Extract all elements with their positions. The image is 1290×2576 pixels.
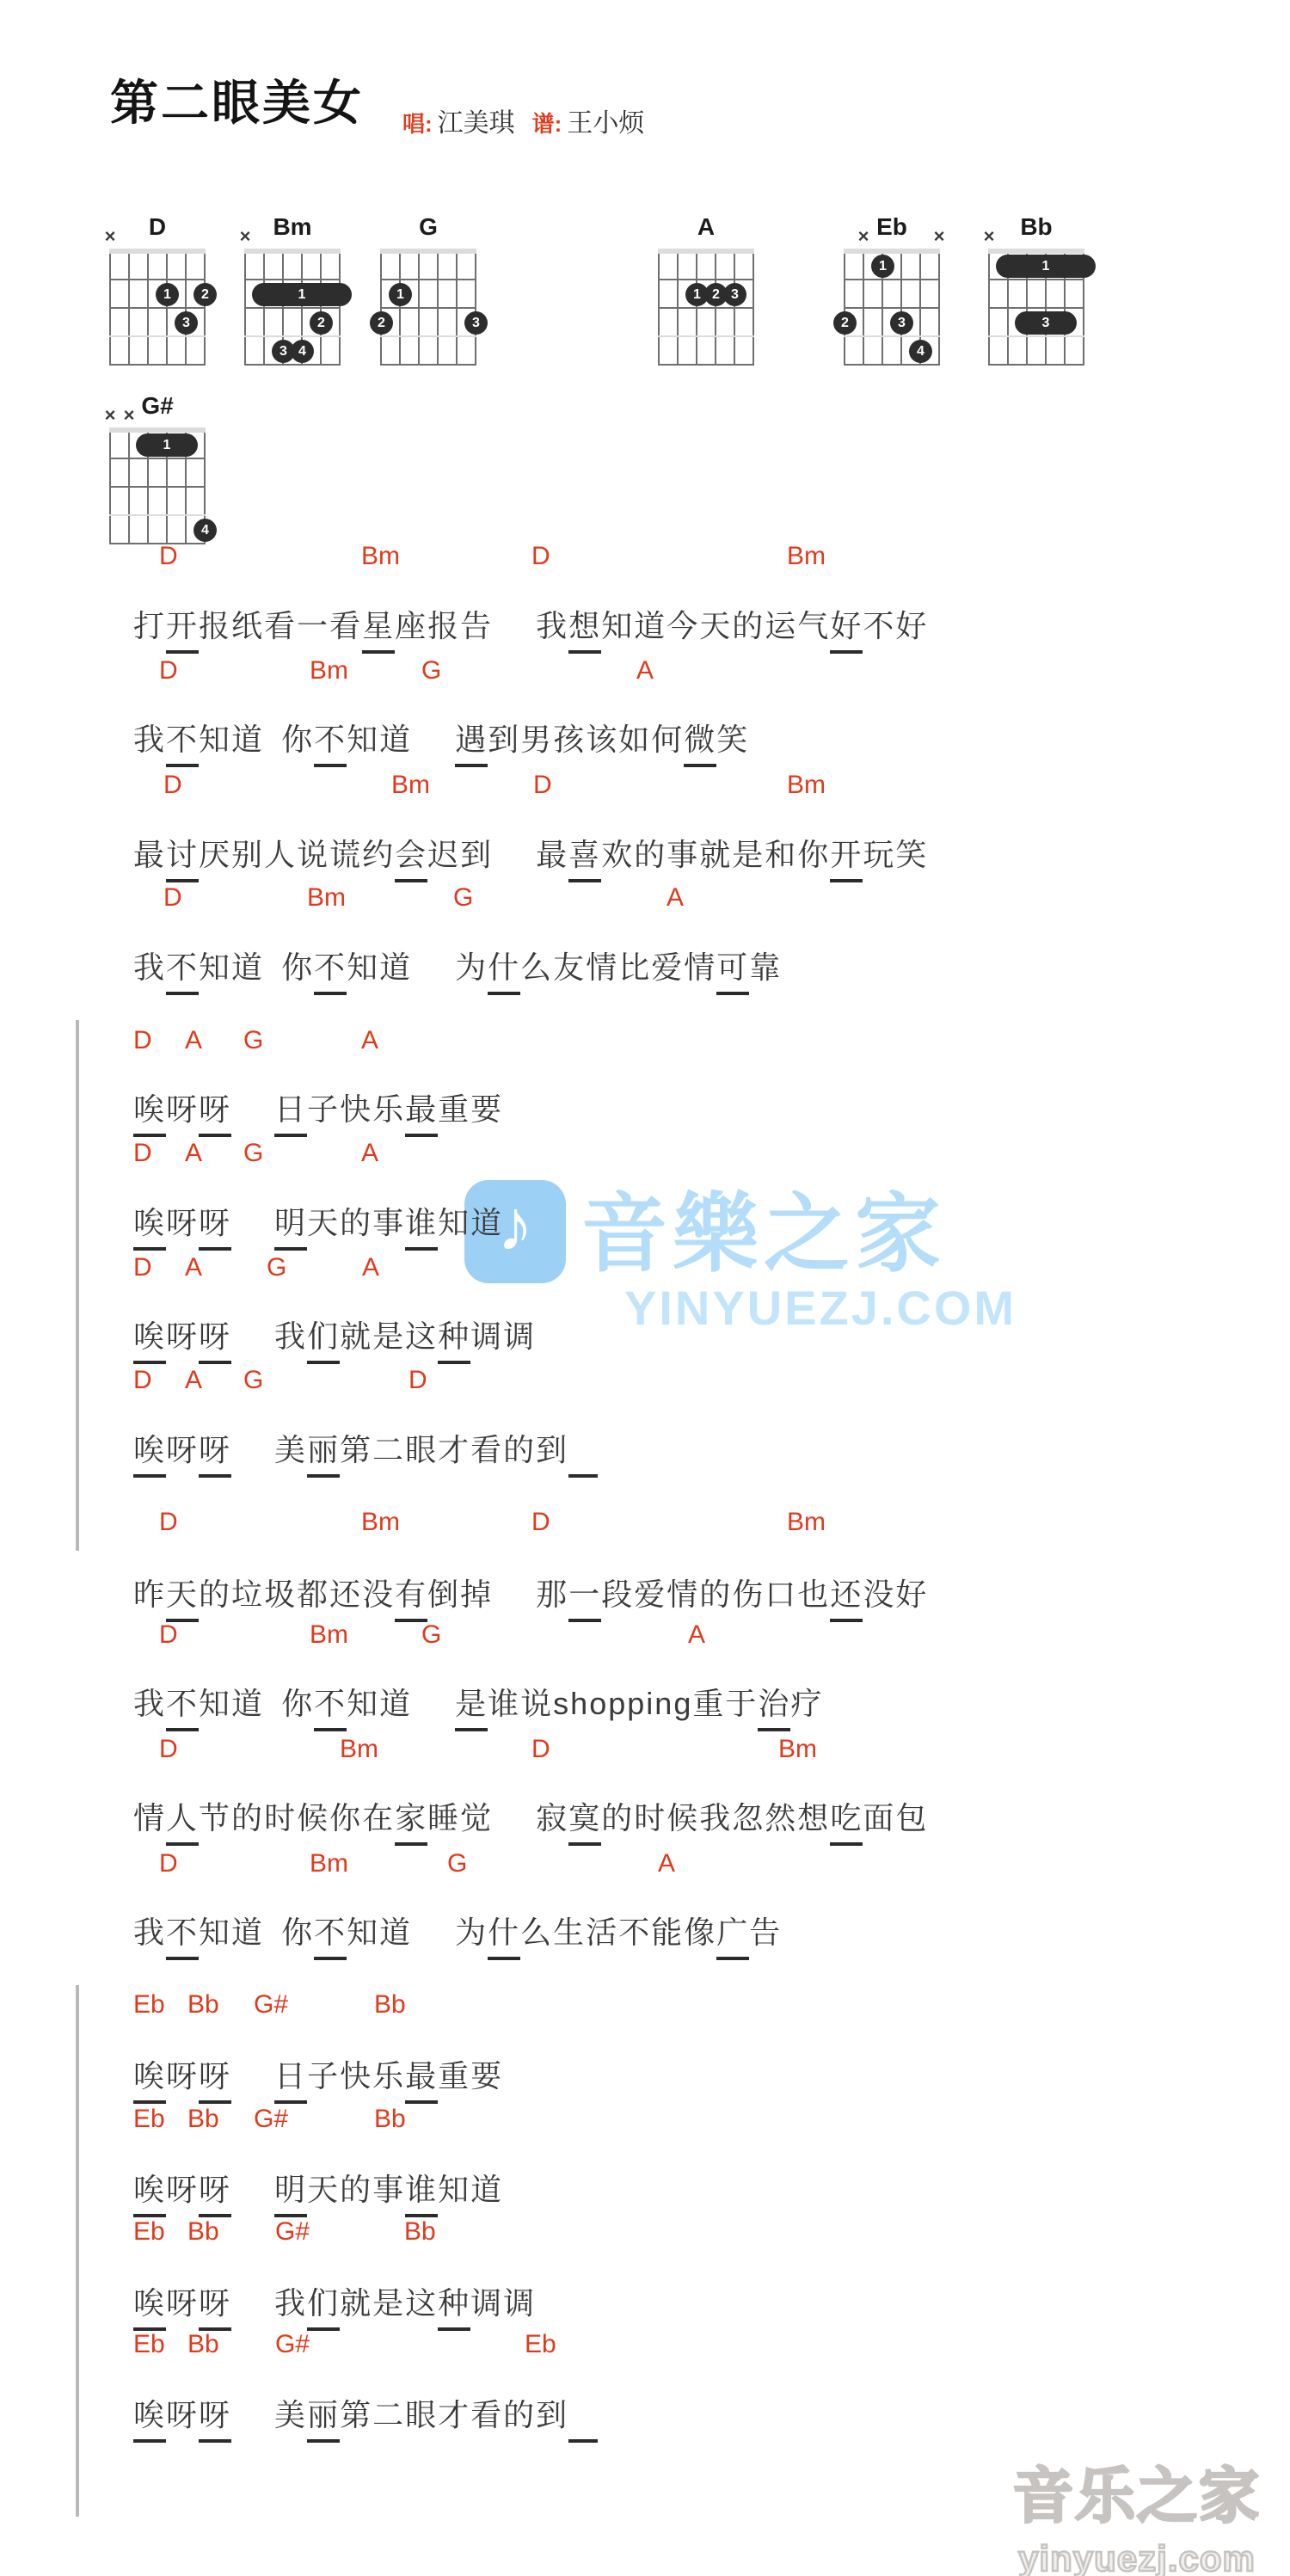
lyric-char: 知 xyxy=(438,1199,470,1243)
lyric-char: 如 xyxy=(618,716,651,759)
fret-line xyxy=(109,514,206,516)
lyric-char: 美 xyxy=(274,2391,307,2435)
chord-line: DAGA xyxy=(0,1026,1290,1061)
lyric-char xyxy=(568,1426,598,1478)
lyric-char: 没 xyxy=(863,1571,895,1614)
lyric-char: 知 xyxy=(199,716,231,759)
lyric-char xyxy=(231,1085,274,1129)
fret-line xyxy=(109,335,206,337)
lyric-char: 天 xyxy=(307,2166,340,2210)
lyric-char: 纸 xyxy=(231,602,264,646)
finger-dot: 1 xyxy=(871,255,894,278)
lyric-char: 情 xyxy=(586,944,618,987)
chord-label: G# xyxy=(254,2105,288,2134)
fret-line xyxy=(844,335,940,337)
fret-line xyxy=(109,364,206,366)
lyric-char: 乐 xyxy=(372,2052,405,2096)
lyric-char: 告 xyxy=(749,1909,782,1952)
barre-pill: 3 xyxy=(1015,311,1077,335)
chord-line: EbBbG#Bb xyxy=(0,2217,1290,2252)
lyric-char: 和 xyxy=(765,831,797,875)
fret-line xyxy=(244,364,341,366)
muted-string-x-icon: × xyxy=(101,227,119,246)
lyric-char: o xyxy=(589,1686,608,1722)
lyric-line: 情人节的时候你在家睡觉 寂寞的时候我忽然想吃面包 xyxy=(133,1794,928,1838)
lyric-char: 才 xyxy=(438,2391,470,2435)
chord-line: DBmGA xyxy=(0,1620,1290,1655)
chord-label: D xyxy=(159,1849,178,1878)
lyric-char: 遇 xyxy=(455,716,488,767)
lyric-char: 伤 xyxy=(732,1571,765,1614)
chord-label: D xyxy=(531,1735,550,1764)
lyric-char: 唉 xyxy=(133,1199,166,1251)
chord-label: A xyxy=(362,1253,379,1282)
lyric-char: 道 xyxy=(231,1909,264,1952)
chord-label: A xyxy=(185,1253,202,1282)
chord-label: A xyxy=(361,1139,378,1168)
lyric-char: 不 xyxy=(863,602,895,646)
lyric-char: 知 xyxy=(347,1680,379,1724)
lyric-char: 呀 xyxy=(199,2052,231,2104)
lyric-char: 欢 xyxy=(601,831,634,875)
lyric-char: 的 xyxy=(340,1199,372,1243)
lyric-line: 我不知道 你不知道 遇到男孩该如何微笑 xyxy=(133,716,749,759)
lyric-char: 掉 xyxy=(460,1571,493,1614)
chord-label: A xyxy=(185,1026,202,1055)
lyric-char: 打 xyxy=(133,602,166,646)
chord-label: G xyxy=(243,1026,263,1055)
lyric-char: 觉 xyxy=(460,1794,493,1838)
lyric-char xyxy=(231,2391,274,2435)
fret-line xyxy=(658,335,754,337)
finger-dot: 2 xyxy=(193,283,217,306)
lyric-char: 睡 xyxy=(427,1794,460,1838)
chord-label: Bb xyxy=(187,2105,219,2134)
fret-line xyxy=(844,279,940,280)
barre-pill: 1 xyxy=(136,433,198,457)
lyric-char: 美 xyxy=(274,1426,307,1470)
lyric-char: 我 xyxy=(133,716,166,759)
lyric-char: 丽 xyxy=(307,1426,340,1478)
finger-dot: 2 xyxy=(310,311,333,335)
lyric-char: 想 xyxy=(797,1794,830,1838)
lyric-char: 眼 xyxy=(405,1426,438,1470)
fret-line xyxy=(988,279,1084,280)
chord-label: Bm xyxy=(310,656,348,685)
lyric-char: 眼 xyxy=(405,2391,438,2435)
lyric-char xyxy=(231,2052,274,2096)
lyric-char: p xyxy=(627,1686,646,1722)
lyric-char xyxy=(264,1915,281,1951)
lyric-char: 报 xyxy=(427,602,460,646)
lyric-char: 活 xyxy=(586,1909,618,1952)
lyric-char: 会 xyxy=(395,831,427,882)
lyric-char: 一 xyxy=(568,1571,601,1622)
lyric-char: 然 xyxy=(765,1794,797,1838)
chord-line: DBmDBm xyxy=(0,771,1290,805)
lyric-char: 道 xyxy=(470,2166,503,2210)
chord-diagram-name: G xyxy=(372,213,484,241)
lyric-char: 何 xyxy=(651,716,684,759)
lyric-char: 到 xyxy=(460,831,493,875)
lyric-char: 圾 xyxy=(264,1571,297,1614)
lyric-char: 家 xyxy=(395,1794,427,1846)
chord-label: G xyxy=(421,1620,441,1650)
watermark-corner-url: yinyuezj.com xyxy=(1013,2538,1261,2576)
lyric-char: 的 xyxy=(231,1794,264,1838)
tab-author-name: 王小烦 xyxy=(567,109,644,138)
lyric-char: 那 xyxy=(536,1571,568,1614)
lyric-char: 的 xyxy=(732,602,765,646)
watermark-corner: 音乐之家 yinyuezj.com xyxy=(1013,2448,1261,2576)
lyric-char: 重 xyxy=(692,1680,725,1724)
lyric-char: 友 xyxy=(553,944,586,987)
lyric-char: 日 xyxy=(274,1085,307,1137)
lyric-char: 二 xyxy=(372,2391,405,2435)
fret-line xyxy=(244,279,341,280)
lyric-char: 情 xyxy=(684,944,716,987)
chord-label: D xyxy=(133,1139,152,1168)
lyric-char: 是 xyxy=(455,1680,488,1731)
chord-label: Bm xyxy=(310,1849,348,1878)
chord-label: Bb xyxy=(404,2217,436,2247)
lyric-char: 呀 xyxy=(166,2391,199,2435)
lyric-char: 道 xyxy=(470,1199,503,1243)
chord-line: EbBbG#Bb xyxy=(0,1990,1290,2025)
lyric-char: 呀 xyxy=(199,2391,231,2443)
lyric-char: 不 xyxy=(166,944,199,995)
lyric-char: 像 xyxy=(684,1909,716,1952)
lyric-char: 我 xyxy=(699,1794,732,1838)
lyric-char: 呀 xyxy=(166,2166,199,2210)
chord-diagram-G#: G#××41 xyxy=(110,430,205,544)
lyric-char: 讨 xyxy=(166,831,199,882)
fret-line xyxy=(244,249,341,254)
lyric-char: 寞 xyxy=(568,1794,601,1846)
lyric-char: 呀 xyxy=(199,1085,231,1137)
lyric-char: 看 xyxy=(329,602,362,646)
chord-line: DAGA xyxy=(0,1253,1290,1288)
chord-label: G xyxy=(421,656,441,685)
lyric-char xyxy=(231,2166,274,2210)
fret-line xyxy=(380,335,476,337)
lyric-line: 我不知道 你不知道 为什么生活不能像广告 xyxy=(133,1909,782,1952)
lyric-char: 明 xyxy=(274,2166,307,2217)
lyric-char: 好 xyxy=(830,602,863,654)
chord-label: D xyxy=(159,1620,178,1650)
lyric-char: 好 xyxy=(895,1571,928,1614)
lyric-char: 为 xyxy=(455,1909,488,1952)
lyric-char: 候 xyxy=(666,1794,699,1838)
lyric-char: 什 xyxy=(488,1909,520,1960)
fret-line xyxy=(244,335,341,337)
lyric-char: 的 xyxy=(634,831,666,875)
lyric-char: 该 xyxy=(586,716,618,759)
lyric-char: 看 xyxy=(470,2391,503,2435)
lyric-char: 爱 xyxy=(651,944,684,987)
lyric-char: 能 xyxy=(651,1909,684,1952)
lyric-char: 最 xyxy=(536,831,568,875)
lyric-char: 气 xyxy=(797,602,830,646)
chord-label: G# xyxy=(275,2217,310,2247)
lyric-char: 就 xyxy=(699,831,732,875)
chord-label: D xyxy=(163,883,182,913)
lyric-line: 最讨厌别人说谎约会迟到 最喜欢的事就是和你开玩笑 xyxy=(133,831,928,875)
lyric-char: 知 xyxy=(199,1909,231,1952)
lyric-char: 谁 xyxy=(488,1680,520,1724)
lyric-char: 的 xyxy=(503,2391,536,2435)
fret-line xyxy=(380,279,476,280)
lyric-char: 道 xyxy=(379,716,412,759)
barre-pill: 1 xyxy=(996,255,1096,278)
tab-author-label: 谱: xyxy=(532,111,562,137)
chord-label: G xyxy=(267,1253,286,1282)
lyric-char: 包 xyxy=(895,1794,928,1838)
lyric-char: 最 xyxy=(405,2052,438,2104)
lyric-char: 笑 xyxy=(716,716,749,759)
lyric-line: 唉呀呀 日子快乐最重要 xyxy=(133,1085,503,1129)
lyric-char: 的 xyxy=(340,2166,372,2210)
lyric-char: 是 xyxy=(372,2279,405,2323)
lyric-char: 情 xyxy=(666,1571,699,1614)
chord-diagram-Bb: Bb×13 xyxy=(989,251,1084,365)
lyric-char: 第 xyxy=(340,1426,372,1470)
fret-line xyxy=(844,249,940,254)
lyric-char: 说 xyxy=(297,831,329,875)
lyric-char: 说 xyxy=(520,1680,553,1724)
chord-label: Eb xyxy=(133,2217,165,2247)
lyric-char: 天 xyxy=(699,602,732,646)
chord-line: DBmDBm xyxy=(0,1735,1290,1769)
lyric-char: 要 xyxy=(470,2052,503,2096)
lyric-char: 迟 xyxy=(427,831,460,875)
lyric-char: 于 xyxy=(725,1680,758,1724)
lyric-char: 还 xyxy=(830,1571,863,1622)
lyric-char: 人 xyxy=(166,1794,199,1846)
lyric-char: 垃 xyxy=(231,1571,264,1614)
lyric-char: 你 xyxy=(329,1794,362,1838)
lyric-char: 时 xyxy=(634,1794,666,1838)
lyric-char: 就 xyxy=(340,2279,372,2323)
lyric-char: 乐 xyxy=(372,1085,405,1129)
chord-diagram-D: D×123 xyxy=(110,251,205,365)
chord-label: A xyxy=(185,1366,202,1395)
lyric-char: 日 xyxy=(274,2052,307,2104)
finger-dot: 1 xyxy=(389,283,412,306)
lyric-char: 是 xyxy=(372,1313,405,1356)
lyric-char: 呀 xyxy=(166,2279,199,2323)
chord-line: DAGA xyxy=(0,1139,1290,1173)
lyric-char: 有 xyxy=(395,1571,427,1622)
chord-line: DBmDBm xyxy=(0,542,1290,576)
chord-label: D xyxy=(408,1366,427,1395)
chord-diagram-G: G123 xyxy=(381,251,476,365)
fret-line xyxy=(109,427,206,433)
lyric-char: 呀 xyxy=(166,2052,199,2096)
barre-pill: 1 xyxy=(252,283,352,306)
chord-diagram-name: A xyxy=(650,213,762,241)
lyric-char xyxy=(264,1686,281,1722)
fret-line xyxy=(658,364,754,366)
muted-string-x-icon: × xyxy=(120,406,138,425)
lyric-char: 今 xyxy=(666,602,699,646)
chord-label: A xyxy=(185,1139,202,1168)
lyric-char: 可 xyxy=(716,944,749,995)
chord-label: D xyxy=(133,1253,152,1282)
lyric-char: 道 xyxy=(634,602,666,646)
lyric-char: 呀 xyxy=(166,1313,199,1356)
lyric-char: 唉 xyxy=(133,1085,166,1137)
lyric-char: 知 xyxy=(438,2166,470,2210)
lyric-char: 呀 xyxy=(199,2279,231,2331)
lyric-line: 唉呀呀 明天的事谁知道 xyxy=(133,2166,503,2210)
lyric-char: 生 xyxy=(553,1909,586,1952)
lyric-char: 谎 xyxy=(329,831,362,875)
lyric-char: 什 xyxy=(488,944,520,995)
lyric-char: 道 xyxy=(231,716,264,759)
lyric-char: 也 xyxy=(797,1571,830,1614)
chord-label: A xyxy=(636,656,654,685)
lyric-char: 谁 xyxy=(405,1199,438,1251)
lyric-char: 不 xyxy=(166,1680,199,1731)
chord-label: A xyxy=(658,1849,675,1878)
chord-line: DBmGA xyxy=(0,1849,1290,1884)
chord-label: Bm xyxy=(787,1508,826,1537)
chord-sheet-page: 第二眼美女 唱:江美琪谱:王小烦 ♪ 音樂之家 YINYUEZJ.COM 音乐之… xyxy=(0,0,1290,2576)
lyric-line: 唉呀呀 我们就是这种调调 xyxy=(133,1313,536,1356)
chord-label: Bm xyxy=(340,1735,378,1764)
lyric-char xyxy=(493,831,536,875)
lyric-char: 事 xyxy=(372,1199,405,1243)
chord-line: DBmGA xyxy=(0,883,1290,918)
chord-line: DBmGA xyxy=(0,656,1290,691)
lyric-char: 才 xyxy=(438,1426,470,1470)
lyric-char: 我 xyxy=(274,1313,307,1356)
finger-dot: 3 xyxy=(175,311,198,335)
lyric-char: 重 xyxy=(438,2052,470,2096)
lyric-char: 寂 xyxy=(536,1794,568,1838)
fret-line xyxy=(844,364,940,366)
lyric-char: 们 xyxy=(307,2279,340,2331)
lyric-char: 么 xyxy=(520,944,553,987)
chord-label: D xyxy=(133,1026,152,1055)
lyric-char: 我 xyxy=(133,944,166,987)
lyric-char: 我 xyxy=(133,1680,166,1724)
lyric-char: 星 xyxy=(362,602,395,654)
lyric-char: 座 xyxy=(395,602,427,646)
lyric-char: 这 xyxy=(405,2279,438,2323)
lyric-char: 我 xyxy=(536,602,568,646)
lyric-char: 时 xyxy=(264,1794,297,1838)
lyric-char: 开 xyxy=(830,831,863,882)
lyric-char: 不 xyxy=(314,716,347,767)
chord-label: D xyxy=(159,1508,178,1537)
lyric-char: 人 xyxy=(264,831,297,875)
lyric-char: 知 xyxy=(347,1909,379,1952)
lyric-char: 看 xyxy=(264,602,297,646)
finger-dot: 3 xyxy=(723,283,746,306)
fret-line xyxy=(380,364,476,366)
chord-diagram-A: A123 xyxy=(659,251,753,365)
chord-label: D xyxy=(163,771,182,800)
lyric-char: 调 xyxy=(470,2279,503,2323)
lyric-char: 事 xyxy=(372,2166,405,2210)
lyric-char: 一 xyxy=(297,602,329,646)
chord-line: EbBbG#Eb xyxy=(0,2330,1290,2364)
lyric-char: 子 xyxy=(307,1085,340,1129)
lyric-char: h xyxy=(570,1686,589,1722)
lyric-char: 到 xyxy=(536,1426,568,1470)
lyric-line: 我不知道 你不知道 是谁说shopping重于治疗 xyxy=(133,1680,823,1724)
lyric-char: 知 xyxy=(199,944,231,987)
lyric-char: 微 xyxy=(684,716,716,767)
lyric-char: 快 xyxy=(340,1085,372,1129)
lyric-char: 的 xyxy=(199,1571,231,1614)
lyric-char: 道 xyxy=(231,944,264,987)
lyric-char: 不 xyxy=(166,716,199,767)
lyric-char: 道 xyxy=(379,1680,412,1724)
chord-diagram-Bm: Bm×2341 xyxy=(245,251,340,365)
fret-line xyxy=(380,249,476,254)
lyric-char xyxy=(568,2391,598,2443)
lyric-line: 唉呀呀 日子快乐最重要 xyxy=(133,2052,503,2096)
lyric-char: 不 xyxy=(166,1909,199,1960)
lyric-char: 呀 xyxy=(199,1313,231,1364)
chord-label: D xyxy=(533,771,552,800)
finger-dot: 3 xyxy=(890,311,913,335)
chord-diagram-Eb: Eb××1234 xyxy=(845,251,939,365)
lyric-line: 我不知道 你不知道 为什么友情比爱情可靠 xyxy=(133,944,782,987)
lyric-char: 治 xyxy=(758,1680,790,1731)
lyric-char: 节 xyxy=(199,1794,231,1838)
vocalist-name: 江美琪 xyxy=(438,109,515,138)
lyric-char: 呀 xyxy=(199,1426,231,1478)
chord-label: Bm xyxy=(778,1735,817,1764)
chord-label: D xyxy=(159,1735,178,1764)
lyric-line: 唉呀呀 美丽第二眼才看的到 xyxy=(133,1426,598,1470)
lyric-char: 比 xyxy=(618,944,651,987)
lyric-char: 玩 xyxy=(863,831,895,875)
credits: 唱:江美琪谱:王小烦 xyxy=(402,101,661,139)
lyric-char: s xyxy=(553,1686,570,1722)
chord-label: Bm xyxy=(361,1508,400,1537)
lyric-char: 笑 xyxy=(895,831,928,875)
vocalist-label: 唱: xyxy=(402,111,433,137)
chord-label: G xyxy=(243,1366,263,1395)
chord-label: A xyxy=(688,1620,705,1650)
muted-string-x-icon: × xyxy=(101,406,119,425)
lyric-char: 是 xyxy=(732,831,765,875)
lyric-char: 呀 xyxy=(199,2166,231,2217)
lyric-char: 知 xyxy=(601,602,634,646)
finger-dot: 4 xyxy=(909,340,932,363)
lyric-char: 你 xyxy=(281,716,314,759)
lyric-char xyxy=(412,716,455,759)
lyric-char: 调 xyxy=(503,2279,536,2323)
lyric-char: 就 xyxy=(340,1313,372,1356)
finger-dot: 1 xyxy=(156,283,179,306)
watermark-url-text: YINYUEZJ.COM xyxy=(624,1280,1017,1336)
lyric-char: 的 xyxy=(699,1571,732,1614)
lyric-line: 唉呀呀 明天的事谁知道 xyxy=(133,1199,503,1243)
lyric-char: 没 xyxy=(362,1571,395,1614)
lyric-char xyxy=(412,1680,455,1724)
lyric-char: 谁 xyxy=(405,2166,438,2217)
lyric-char: 运 xyxy=(765,602,797,646)
lyric-char: 为 xyxy=(455,944,488,987)
lyric-char: 你 xyxy=(281,1909,314,1952)
chord-label: G xyxy=(453,883,473,913)
